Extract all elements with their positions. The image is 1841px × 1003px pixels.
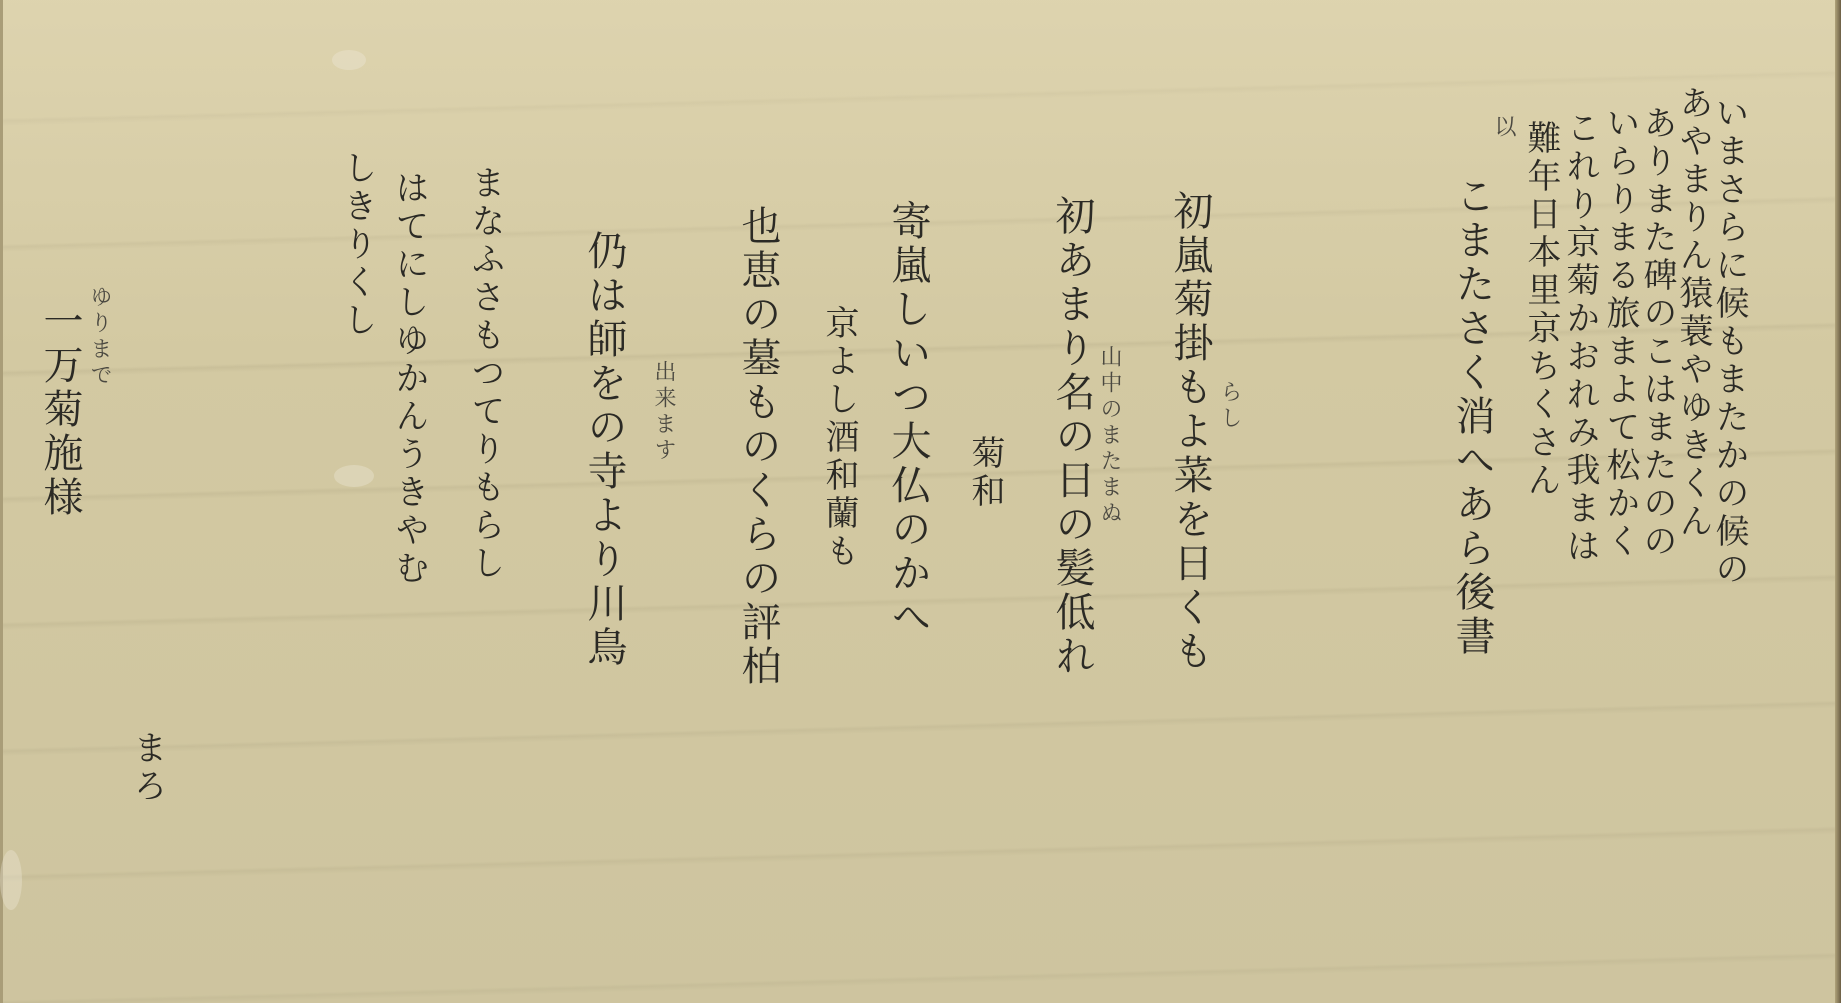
mount-edge (1835, 0, 1841, 1003)
text-column: 菊和 (968, 435, 1002, 511)
paper-spot (334, 465, 374, 487)
text-column: これり京菊かおれみ我まは (1563, 110, 1597, 566)
text-column: 仍は師をの寺より川鳥 (584, 230, 624, 670)
text-column: あやまりん猿蓑やゆきくん (1676, 85, 1710, 541)
text-column: 出来ます (652, 360, 674, 464)
text-column: はてにしゆかんうきやむ (392, 170, 426, 588)
text-column: 難年日本里京ちくさん (1524, 120, 1558, 500)
text-column: 山中のまたまぬ (1098, 345, 1120, 527)
text-column: しきりくし (340, 150, 374, 340)
paper-spot (332, 50, 366, 70)
text-column: ありまた碑のこはまたのの (1640, 105, 1674, 561)
text-column: まろ (130, 730, 164, 806)
text-column: 也恵の墓ものくらの評柏 (738, 205, 778, 689)
paper-spot (0, 850, 22, 910)
text-column: 初あまり名の日の髪低れ (1052, 195, 1092, 679)
text-column: こまたさく消へあら後書 (1452, 175, 1492, 659)
text-column: いまさらに候もまたかの候の (1712, 95, 1746, 589)
text-column: ゆりまで (88, 285, 110, 389)
text-column: 以 (1492, 115, 1514, 141)
text-column: まなふさもつてりもらし (468, 165, 502, 583)
text-column: いらりまる旅まよて松かく (1603, 105, 1637, 561)
text-column: らし (1218, 380, 1240, 432)
text-column: 初嵐菊掛もよ菜を日くも (1170, 190, 1210, 674)
text-column: 京よし酒和蘭も (822, 305, 856, 571)
text-column: 寄嵐しいつ大仏のかへ (888, 200, 928, 640)
scroll-paper: いまさらに候もまたかの候のあやまりん猿蓑やゆきくんありまた碑のこはまたののいらり… (0, 0, 1841, 1003)
left-edge (0, 0, 3, 1003)
text-column: 一万菊施様 (40, 300, 80, 520)
